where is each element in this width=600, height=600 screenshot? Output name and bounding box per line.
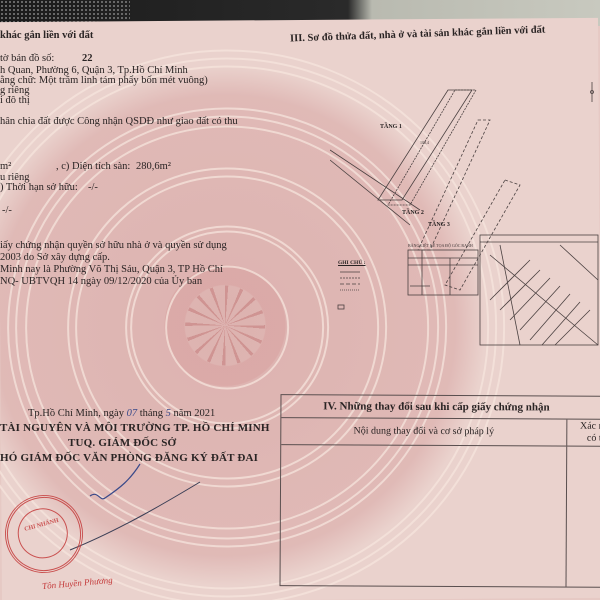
land-origin: hân chia đất được Công nhận QSDĐ như gia… (0, 116, 238, 128)
confirmation-line-2: có t (567, 433, 600, 445)
parcel-diagram: TẦNG 1 TẦNG 2 TẦNG 3 108,4 BẢNG LIỆT KÊ … (330, 60, 600, 380)
issue-date: Tp.Hồ Chí Minh, ngày 07 tháng 5 năm 2021 (28, 408, 215, 420)
date-day: 07 (127, 408, 138, 419)
column-header-changes: Nội dung thay đổi và cơ sở pháp lý (281, 418, 567, 445)
coordinate-table-title: BẢNG LIỆT KÊ TỌA ĐỘ GÓC RANH (408, 243, 473, 248)
floor-area-label: , c) Diện tích sàn: (56, 161, 130, 173)
ownership-term-label: ) Thời hạn sở hữu: (0, 182, 78, 194)
column-header-confirmation: Xác nh có t (567, 420, 600, 446)
floor-area-value: 280,6m² (136, 161, 171, 173)
month-label: tháng (140, 408, 163, 419)
floor-label-2: TẦNG 2 (402, 210, 424, 216)
date-year: 2021 (194, 408, 215, 419)
legend-title: GHI CHÚ : (338, 260, 366, 266)
confirmation-line-1: Xác nh (567, 421, 600, 433)
date-prefix: Tp.Hồ Chí Minh, ngày (28, 408, 124, 419)
area-in-words: ằng chữ: Một trăm linh tám phẩy bốn mét … (0, 75, 208, 87)
floor-label-1: TẦNG 1 (380, 124, 402, 130)
changes-cell (281, 445, 568, 586)
section-4-title: IV. Những thay đổi sau khi cấp giấy chứn… (281, 395, 600, 420)
dash-mark: -/- (2, 205, 12, 217)
date-month: 5 (166, 408, 171, 419)
floor-label-3: TẦNG 3 (428, 222, 450, 228)
ownership-term-value: -/- (88, 182, 98, 194)
map-sheet-number: 22 (82, 53, 93, 65)
parcel-area-value: 108,4 (420, 140, 429, 145)
note-line-3: Minh nay là Phường Võ Thị Sáu, Quận 3, T… (0, 264, 223, 276)
note-line-1: iấy chứng nhận quyền sở hữu nhà ở và quy… (0, 240, 227, 252)
land-type: i đô thị (0, 95, 30, 107)
section-header-left: khác gắn liền với đất (0, 30, 93, 42)
changes-table: IV. Những thay đổi sau khi cấp giấy chứn… (279, 394, 600, 588)
note-line-4: NQ- UBTVQH 14 ngày 09/12/2020 của Ủy ban (0, 276, 202, 288)
signature-strokes (60, 460, 220, 560)
note-line-2: 2003 do Sở xây dựng cấp. (0, 252, 110, 264)
year-label: năm (174, 408, 192, 419)
authority-line-1: TÀI NGUYÊN VÀ MÔI TRƯỜNG TP. HỒ CHÍ MINH (0, 422, 270, 434)
map-sheet-label: tờ bản đồ số: (0, 53, 54, 65)
parcel-drawing (330, 60, 600, 380)
authority-line-2: TUQ. GIÁM ĐỐC SỞ (68, 437, 176, 449)
